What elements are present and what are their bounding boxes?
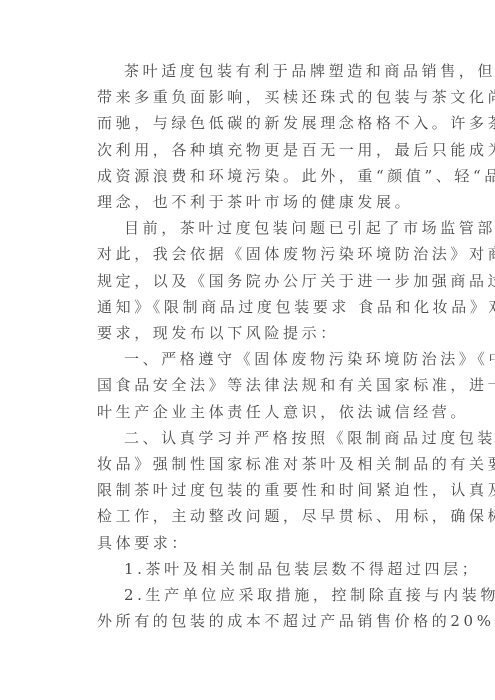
text-line: 而驰，与绿色低碳的新发展理念格格不入。许多茶叶礼盒难以二 — [60, 110, 434, 136]
text-line: 茶叶适度包装有利于品牌塑造和商品销售，但过度包装则会 — [60, 58, 434, 84]
text-line: 国食品安全法》等法律法规和有关国家标准，进一步自觉提高茶 — [60, 372, 434, 398]
text-line: 理念，也不利于茶叶市场的健康发展。 — [60, 189, 434, 215]
paragraph-item-two: 二、认真学习并严格按照《限制商品过度包装要求食品和化 妆品》强制性国家标准对茶叶… — [60, 425, 434, 556]
requirement-1: 1.茶叶及相关制品包装层数不得超过四层； — [60, 556, 434, 582]
text-line: 通知》《限制商品过度包装要求 食品和化妆品》对于茶叶包装的 — [60, 294, 434, 320]
text-line: 对此，我会依据《固体废物污染环境防治法》对商品过度包装的 — [60, 241, 434, 267]
text-line: 2.生产单位应采取措施，控制除直接与内装物接触的包装之 — [60, 582, 434, 608]
paragraph-attention: 目前，茶叶过度包装问题已引起了市场监管部门的高度关注。 对此，我会依据《固体废物… — [60, 215, 434, 346]
document-body: 茶叶适度包装有利于品牌塑造和商品销售，但过度包装则会 带来多重负面影响，买椟还珠… — [60, 58, 434, 634]
paragraph-item-one: 一、严格遵守《固体废物污染环境防治法》《中华人民共和 国食品安全法》等法律法规和… — [60, 346, 434, 425]
text-line: 带来多重负面影响，买椟还珠式的包装与茶文化尚俭的意蕴背道 — [60, 84, 434, 110]
text-line: 限制茶叶过度包装的重要性和时间紧迫性，认真及时开展自查自 — [60, 477, 434, 503]
text-line: 要求，现发布以下风险提示： — [60, 320, 434, 346]
text-line: 规定，以及《国务院办公厅关于进一步加强商品过度包装治理的 — [60, 268, 434, 294]
paragraph-intro: 茶叶适度包装有利于品牌塑造和商品销售，但过度包装则会 带来多重负面影响，买椟还珠… — [60, 58, 434, 215]
text-line: 具体要求： — [60, 530, 434, 556]
text-line: 二、认真学习并严格按照《限制商品过度包装要求食品和化 — [60, 425, 434, 451]
text-line: 次利用，各种填充物更是百无一用，最后只能成为生活垃圾，造 — [60, 137, 434, 163]
text-line: 1.茶叶及相关制品包装层数不得超过四层； — [60, 556, 434, 582]
text-line: 目前，茶叶过度包装问题已引起了市场监管部门的高度关注。 — [60, 215, 434, 241]
text-line: 一、严格遵守《固体废物污染环境防治法》《中华人民共和 — [60, 346, 434, 372]
text-line: 成资源浪费和环境污染。此外，重“颜值”、轻“品质”的营销 — [60, 163, 434, 189]
text-line: 检工作，主动整改问题，尽早贯标、用标，确保标准实施时达标。 — [60, 503, 434, 529]
text-line: 叶生产企业主体责任人意识，依法诚信经营。 — [60, 399, 434, 425]
text-line: 妆品》强制性国家标准对茶叶及相关制品的有关要求，充分认识 — [60, 451, 434, 477]
requirement-2: 2.生产单位应采取措施，控制除直接与内装物接触的包装之 外所有的包装的成本不超过… — [60, 582, 434, 634]
text-line: 外所有的包装的成本不超过产品销售价格的20%； — [60, 608, 434, 634]
